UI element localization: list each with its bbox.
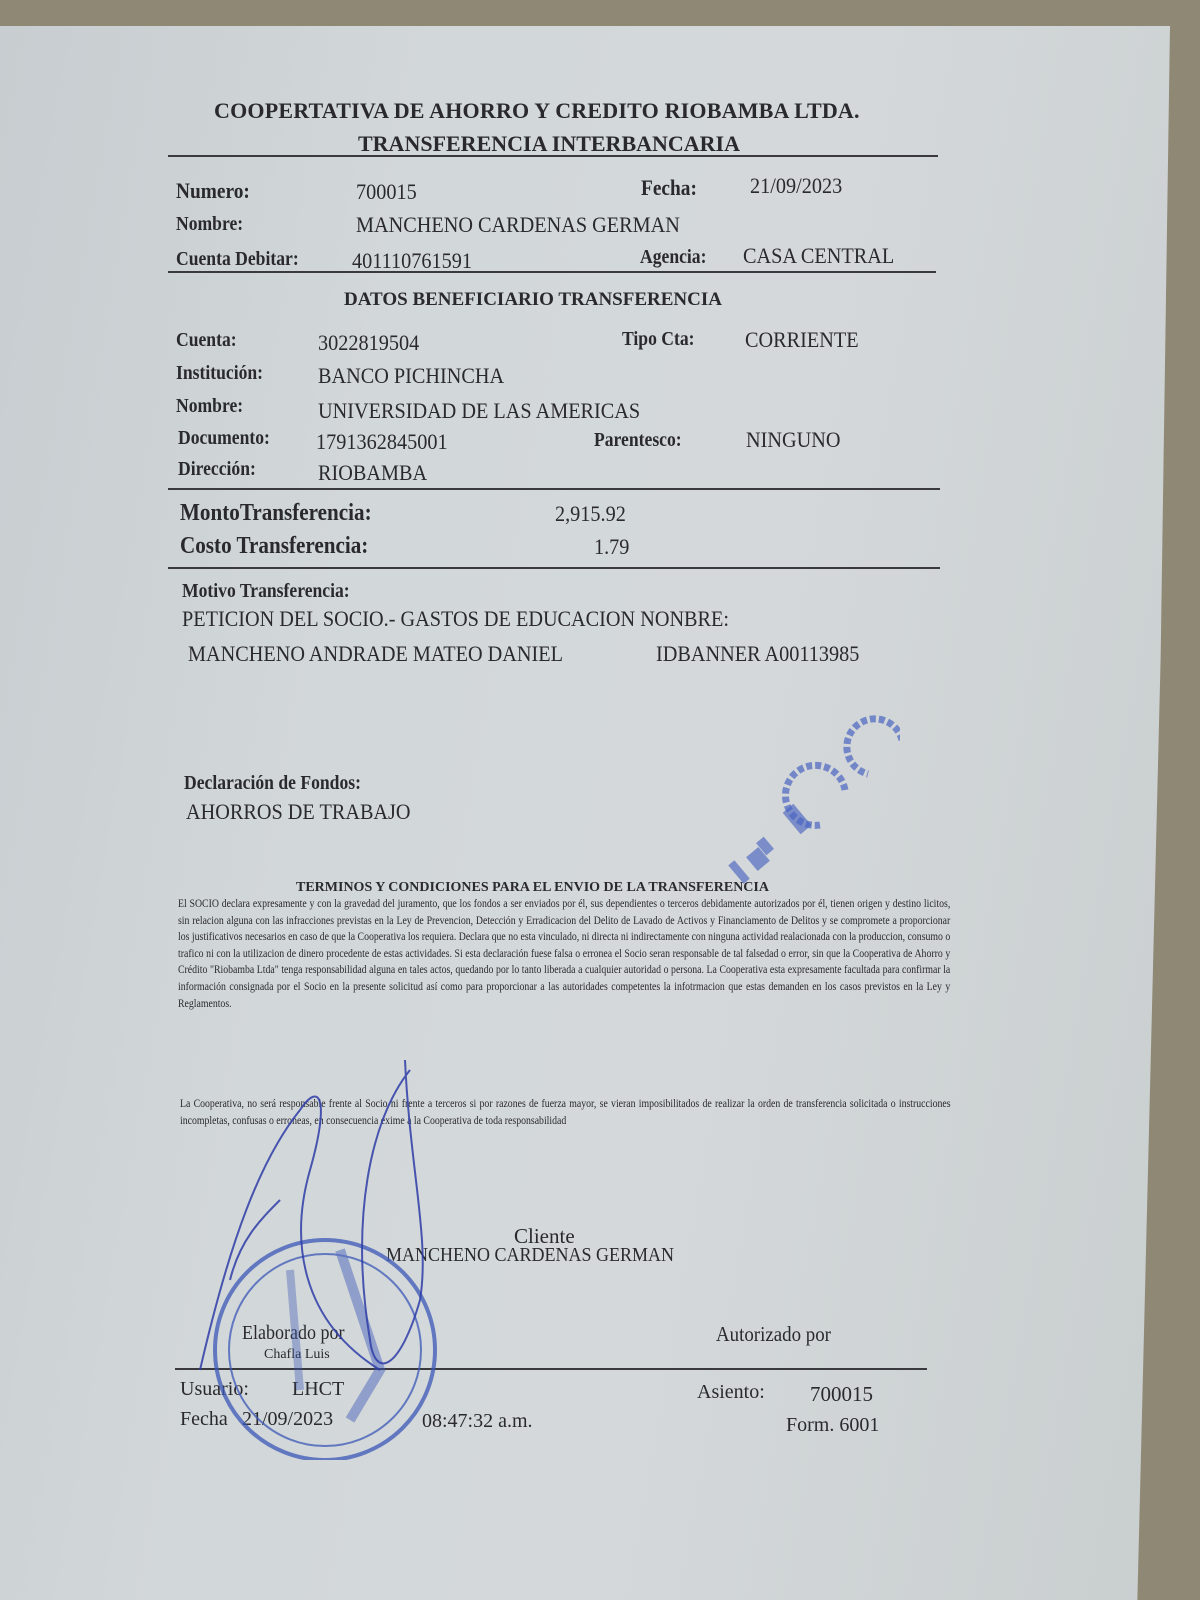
agencia-value: CASA CENTRAL [743,243,894,269]
direccion-label: Dirección: [178,458,256,481]
monto-label: MontoTransferencia: [180,500,372,527]
parentesco-label: Parentesco: [594,429,682,452]
institucion-value: BANCO PICHINCHA [318,363,504,389]
tipo-cta-value: CORRIENTE [745,327,859,353]
tipo-cta-label: Tipo Cta: [622,328,695,351]
beneficiario-nombre-label: Nombre: [176,395,243,418]
motivo-label: Motivo Transferencia: [182,580,350,603]
divider [168,155,938,157]
cuenta-debitar-label: Cuenta Debitar: [176,248,299,271]
round-stamp-icon [170,1040,470,1460]
numero-value: 700015 [356,179,417,205]
nombre-label: Nombre: [176,213,243,236]
document-type-title: TRANSFERENCIA INTERBANCARIA [358,131,740,157]
documento-value: 1791362845001 [316,429,448,455]
declaracion-value: AHORROS DE TRABAJO [186,799,411,825]
beneficiario-cuenta-label: Cuenta: [176,329,237,352]
costo-value: 1.79 [594,534,629,560]
parentesco-value: NINGUNO [746,427,840,453]
fecha-value: 21/09/2023 [750,173,842,199]
beneficiario-section-title: DATOS BENEFICIARIO TRANSFERENCIA [344,289,722,311]
numero-label: Numero: [176,178,250,204]
monto-value: 2,915.92 [555,501,626,527]
divider [168,271,936,273]
terminos-title: TERMINOS Y CONDICIONES PARA EL ENVIO DE … [296,880,769,896]
institution-title: COOPERTATIVA DE AHORRO Y CREDITO RIOBAMB… [214,98,860,124]
agencia-label: Agencia: [640,246,706,269]
asiento-value: 700015 [810,1382,873,1407]
asiento-label: Asiento: [697,1381,765,1404]
fecha-label: Fecha: [641,175,697,201]
motivo-idbanner: IDBANNER A00113985 [656,641,859,667]
direccion-value: RIOBAMBA [318,460,427,486]
form-number: Form. 6001 [786,1414,879,1437]
declaracion-label: Declaración de Fondos: [184,772,361,795]
costo-label: Costo Transferencia: [180,533,368,560]
beneficiario-cuenta-value: 3022819504 [318,330,419,356]
motivo-beneficiary-name: MANCHENO ANDRADE MATEO DANIEL [188,641,563,667]
beneficiario-nombre-value: UNIVERSIDAD DE LAS AMERICAS [318,398,640,424]
divider [168,488,940,490]
documento-label: Documento: [178,427,270,450]
divider [168,567,940,569]
motivo-line-1: PETICION DEL SOCIO.- GASTOS DE EDUCACION… [182,606,729,632]
date-stamp-icon [640,690,900,900]
autorizado-label: Autorizado por [716,1322,831,1347]
institucion-label: Institución: [176,362,263,385]
nombre-value: MANCHENO CARDENAS GERMAN [356,212,680,238]
terminos-paragraph-1: El SOCIO declara expresamente y con la g… [178,896,950,1012]
